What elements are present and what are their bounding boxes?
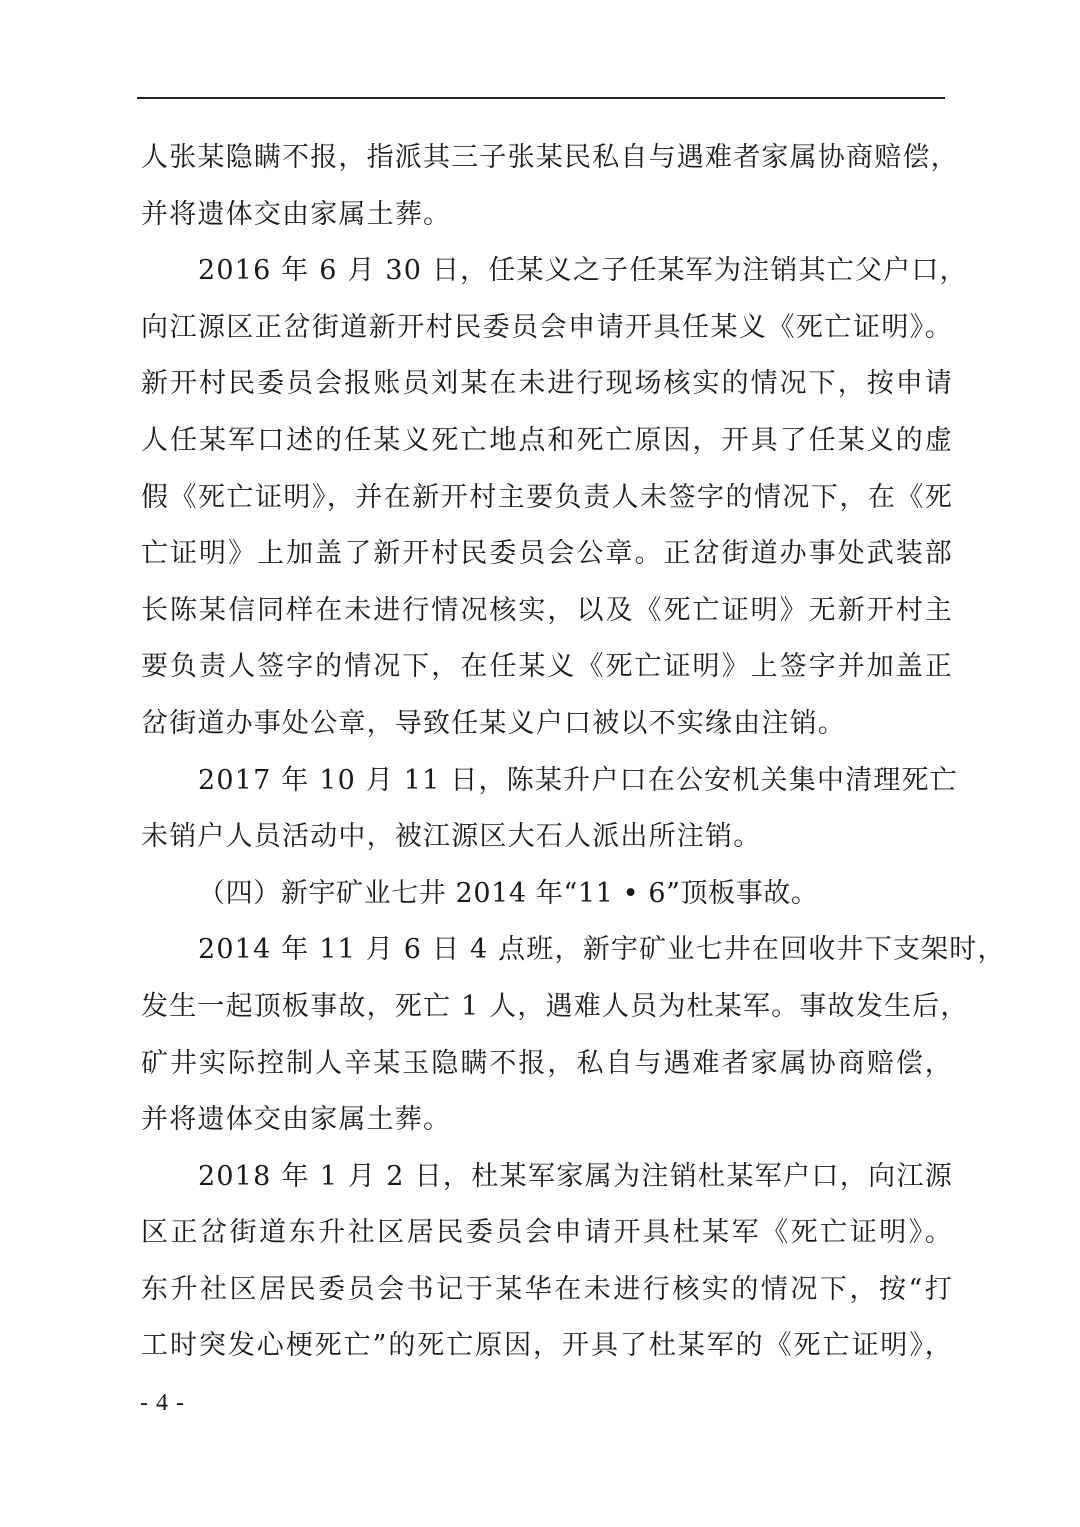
text-line: 东升社区居民委员会书记于某华在未进行核实的情况下，按“打 <box>141 1262 953 1319</box>
text-line: 人张某隐瞒不报，指派其三子张某民私自与遇难者家属协商赔偿， <box>141 130 953 187</box>
text-line: 工时突发心梗死亡”的死亡原因，开具了杜某军的《死亡证明》， <box>141 1318 953 1375</box>
text-line: 矿井实际控制人辛某玉隐瞒不报，私自与遇难者家属协商赔偿， <box>141 1036 953 1093</box>
text-line: 长陈某信同样在未进行情况核实，以及《死亡证明》无新开村主 <box>141 583 953 640</box>
text-line: 假《死亡证明》，并在新开村主要负责人未签字的情况下，在《死 <box>141 470 953 527</box>
text-line: 2018 年 1 月 2 日，杜某军家属为注销杜某军户口，向江源 <box>141 1149 953 1206</box>
page-body: 人张某隐瞒不报，指派其三子张某民私自与遇难者家属协商赔偿， 并将遗体交由家属土葬… <box>141 130 953 1375</box>
text-line: 2016 年 6 月 30 日，任某义之子任某军为注销其亡父户口， <box>141 243 953 300</box>
page-number: - 4 - <box>140 1390 185 1417</box>
text-line: 2014 年 11 月 6 日 4 点班，新宇矿业七井在回收井下支架时， <box>141 922 953 979</box>
text-line: 并将遗体交由家属土葬。 <box>141 187 953 244</box>
text-line: 发生一起顶板事故，死亡 1 人，遇难人员为杜某军。事故发生后， <box>141 979 953 1036</box>
text-line: 新开村民委员会报账员刘某在未进行现场核实的情况下，按申请 <box>141 356 953 413</box>
text-line: 岔街道办事处公章，导致任某义户口被以不实缘由注销。 <box>141 696 953 753</box>
header-rule <box>137 97 945 99</box>
text-line: 2017 年 10 月 11 日，陈某升户口在公安机关集中清理死亡 <box>141 753 953 810</box>
text-line: 要负责人签字的情况下，在任某义《死亡证明》上签字并加盖正 <box>141 639 953 696</box>
text-line: 向江源区正岔街道新开村民委员会申请开具任某义《死亡证明》。 <box>141 300 953 357</box>
text-line: 人任某军口述的任某义死亡地点和死亡原因，开具了任某义的虚 <box>141 413 953 470</box>
text-line: 亡证明》上加盖了新开村民委员会公章。正岔街道办事处武装部 <box>141 526 953 583</box>
text-line: 区正岔街道东升社区居民委员会申请开具杜某军《死亡证明》。 <box>141 1205 953 1262</box>
text-line: 未销户人员活动中，被江源区大石人派出所注销。 <box>141 809 953 866</box>
text-line: 并将遗体交由家属土葬。 <box>141 1092 953 1149</box>
section-heading: （四）新宇矿业七井 2014 年“11 • 6”顶板事故。 <box>141 866 953 923</box>
